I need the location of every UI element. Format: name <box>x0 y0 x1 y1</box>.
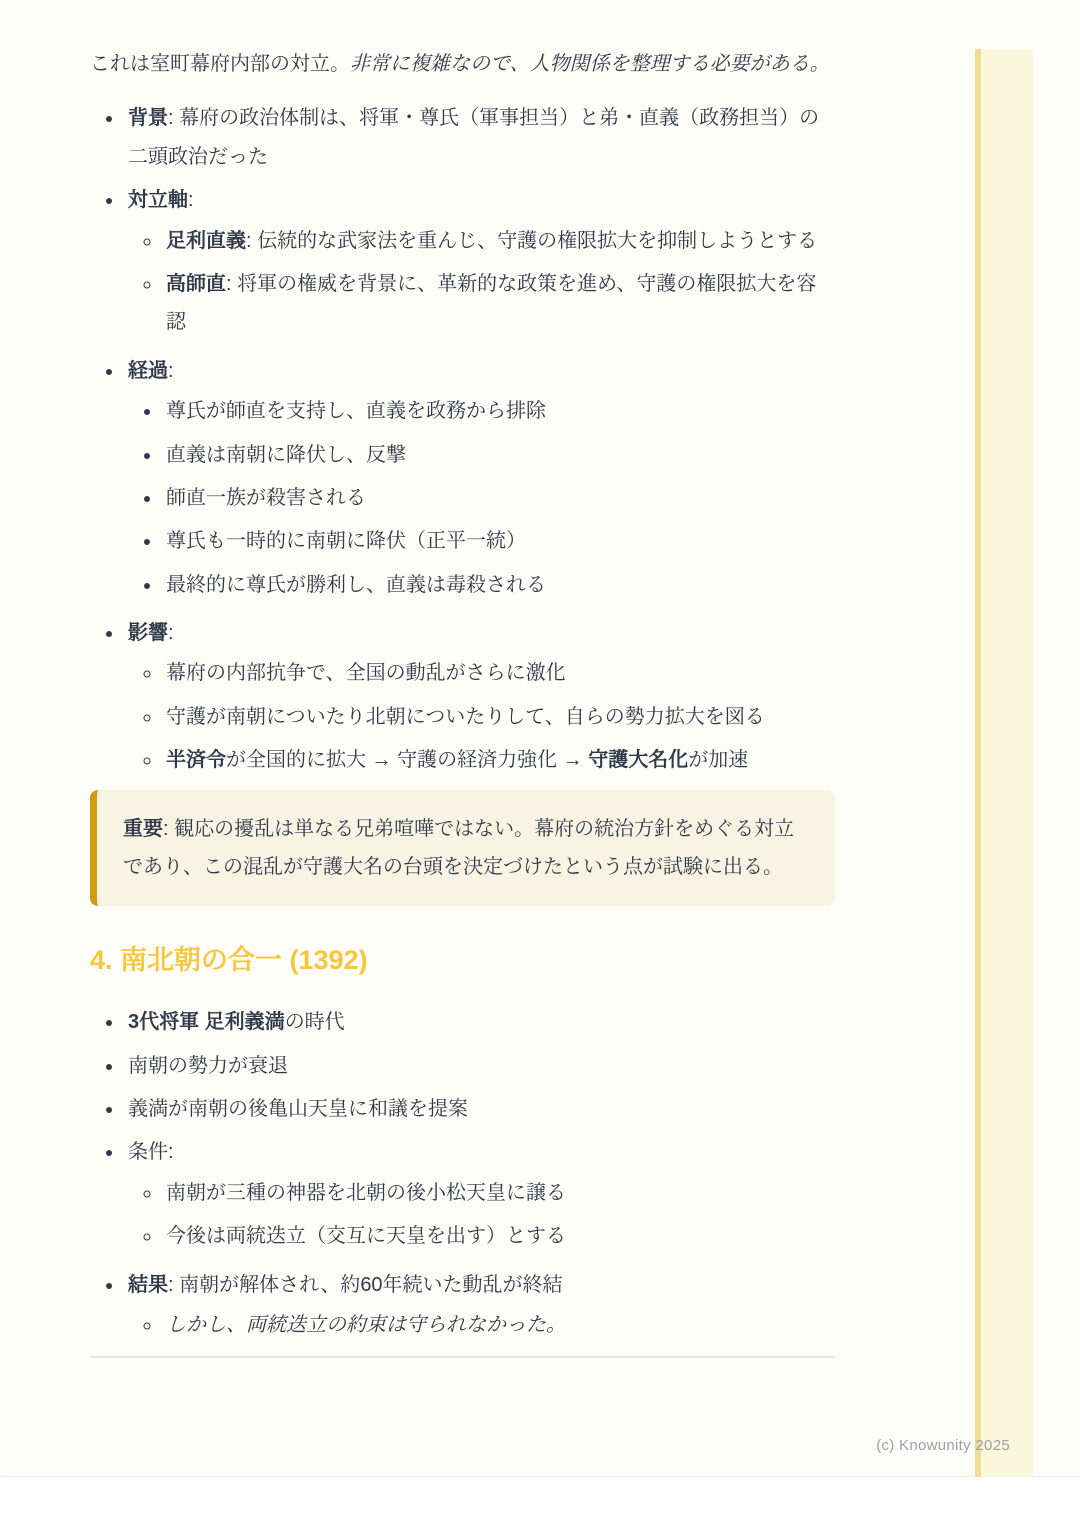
text-segment: : <box>168 360 174 382</box>
callout-text: 重要: 観応の擾乱は単なる兄弟喧嘩ではない。幕府の統治方針をめぐる対立であり、こ… <box>123 818 794 878</box>
text-segment: 南朝の勢力が衰退 <box>128 1055 288 1077</box>
list-item: 守護が南朝についたり北朝についたりして、自らの勢力拡大を図る <box>162 698 835 736</box>
list-item: 条件:南朝が三種の神器を北朝の後小松天皇に譲る今後は両統迭立（交互に天皇を出す）… <box>124 1133 835 1255</box>
text-segment: 守護が南朝についたり北朝についたりして、自らの勢力拡大を図る <box>166 706 765 728</box>
text-segment: : 観応の擾乱は単なる兄弟喧嘩ではない。幕府の統治方針をめぐる対立であり、この混… <box>123 818 794 878</box>
kanno-disturbance-list: 背景: 幕府の政治体制は、将軍・尊氏（軍事担当）と弟・直義（政務担当）の二頭政治… <box>90 99 835 779</box>
document-page: これは室町幕府内部の対立。非常に複雑なので、人物関係を整理する必要がある。 背景… <box>0 0 1080 1528</box>
important-callout: 重要: 観応の擾乱は単なる兄弟喧嘩ではない。幕府の統治方針をめぐる対立であり、こ… <box>90 790 835 907</box>
list-item: 高師直: 将軍の権威を背景に、革新的な政策を進め、守護の権限拡大を容認 <box>162 265 835 342</box>
text-segment: 南朝が三種の神器を北朝の後小松天皇に譲る <box>166 1182 566 1204</box>
list-item: 結果: 南朝が解体され、約60年続いた動乱が終結しかし、両統迭立の約束は守られな… <box>124 1266 835 1345</box>
footer-copyright: (c) Knowunity 2025 <box>876 1437 1010 1454</box>
list-item: 背景: 幕府の政治体制は、将軍・尊氏（軍事担当）と弟・直義（政務担当）の二頭政治… <box>124 99 835 176</box>
list-item: 南朝の勢力が衰退 <box>124 1047 835 1085</box>
list-item: 足利直義: 伝統的な武家法を重んじ、守護の権限拡大を抑制しようとする <box>162 222 835 260</box>
list-item: 師直一族が殺害される <box>162 479 835 517</box>
text-segment: 条件: <box>128 1141 174 1163</box>
text-segment: : 伝統的な武家法を重んじ、守護の権限拡大を抑制しようとする <box>246 230 817 252</box>
text-segment: の時代 <box>285 1011 345 1033</box>
text-segment: : 南朝が解体され、約60年続いた動乱が終結 <box>168 1274 563 1296</box>
text-segment: 3代将軍 足利義満 <box>128 1011 285 1033</box>
text-segment: : 将軍の権威を背景に、革新的な政策を進め、守護の権限拡大を容認 <box>166 273 816 333</box>
list-item: 今後は両統迭立（交互に天皇を出す）とする <box>162 1217 835 1255</box>
nested-list: 尊氏が師直を支持し、直義を政務から排除直義は南朝に降伏し、反撃師直一族が殺害され… <box>128 392 835 604</box>
list-item: 尊氏も一時的に南朝に降伏（正平一統） <box>162 522 835 560</box>
intro-paragraph: これは室町幕府内部の対立。非常に複雑なので、人物関係を整理する必要がある。 <box>90 45 835 83</box>
text-segment: : 幕府の政治体制は、将軍・尊氏（軍事担当）と弟・直義（政務担当）の二頭政治だっ… <box>128 107 819 167</box>
list-item: 影響:幕府の内部抗争で、全国の動乱がさらに激化守護が南朝についたり北朝についたり… <box>124 614 835 780</box>
text-segment: 幕府の内部抗争で、全国の動乱がさらに激化 <box>166 662 566 684</box>
list-item: 尊氏が師直を支持し、直義を政務から排除 <box>162 392 835 430</box>
list-item: 対立軸:足利直義: 伝統的な武家法を重んじ、守護の権限拡大を抑制しようとする高師… <box>124 181 835 342</box>
list-item: 直義は南朝に降伏し、反撃 <box>162 436 835 474</box>
nested-list: しかし、両統迭立の約束は守られなかった。 <box>128 1306 835 1344</box>
page-content: これは室町幕府内部の対立。非常に複雑なので、人物関係を整理する必要がある。 背景… <box>90 45 835 1358</box>
unification-list: 3代将軍 足利義満の時代南朝の勢力が衰退義満が南朝の後亀山天皇に和議を提案条件:… <box>90 1003 835 1344</box>
text-segment: 足利直義 <box>166 230 246 252</box>
text-segment: 高師直 <box>166 273 226 295</box>
nested-list: 足利直義: 伝統的な武家法を重んじ、守護の権限拡大を抑制しようとする高師直: 将… <box>128 222 835 342</box>
text-segment: が加速 <box>688 749 748 771</box>
text-segment: 半済令 <box>166 749 226 771</box>
text-segment: 経過 <box>128 360 168 382</box>
text-segment: 尊氏が師直を支持し、直義を政務から排除 <box>166 400 546 422</box>
text-segment: 師直一族が殺害される <box>166 487 366 509</box>
text-segment: 今後は両統迭立（交互に天皇を出す）とする <box>166 1225 566 1247</box>
text-segment: 影響 <box>128 622 168 644</box>
section-heading: 4. 南北朝の合一 (1392) <box>90 944 835 978</box>
list-item: 義満が南朝の後亀山天皇に和議を提案 <box>124 1090 835 1128</box>
list-item: 南朝が三種の神器を北朝の後小松天皇に譲る <box>162 1174 835 1212</box>
nested-list: 南朝が三種の神器を北朝の後小松天皇に譲る今後は両統迭立（交互に天皇を出す）とする <box>128 1174 835 1256</box>
list-item: 最終的に尊氏が勝利し、直義は毒殺される <box>162 566 835 604</box>
text-segment: 非常に複雑なので、人物関係を整理する必要がある。 <box>350 53 830 75</box>
text-segment: 対立軸 <box>128 189 188 211</box>
text-segment: 背景 <box>128 107 168 129</box>
text-segment: が全国的に拡大 → 守護の経済力強化 → <box>226 749 588 771</box>
text-segment: 最終的に尊氏が勝利し、直義は毒殺される <box>166 574 546 596</box>
text-segment: 守護大名化 <box>588 749 688 771</box>
text-segment: しかし、両統迭立の約束は守られなかった。 <box>166 1314 566 1336</box>
list-item: 幕府の内部抗争で、全国の動乱がさらに激化 <box>162 654 835 692</box>
text-segment: 重要 <box>123 818 163 840</box>
list-item: 半済令が全国的に拡大 → 守護の経済力強化 → 守護大名化が加速 <box>162 741 835 779</box>
text-segment: 尊氏も一時的に南朝に降伏（正平一統） <box>166 530 526 552</box>
text-segment: これは室町幕府内部の対立。 <box>90 53 350 75</box>
page-edge-stripe <box>975 49 1033 1477</box>
nested-list: 幕府の内部抗争で、全国の動乱がさらに激化守護が南朝についたり北朝についたりして、… <box>128 654 835 779</box>
list-item: 経過:尊氏が師直を支持し、直義を政務から排除直義は南朝に降伏し、反撃師直一族が殺… <box>124 352 835 604</box>
text-segment: : <box>168 622 174 644</box>
list-item: しかし、両統迭立の約束は守られなかった。 <box>162 1306 835 1344</box>
text-segment: 結果 <box>128 1274 168 1296</box>
text-segment: : <box>188 189 194 211</box>
text-segment: 義満が南朝の後亀山天皇に和議を提案 <box>128 1098 468 1120</box>
text-segment: 直義は南朝に降伏し、反撃 <box>166 444 406 466</box>
list-item: 3代将軍 足利義満の時代 <box>124 1003 835 1041</box>
divider <box>90 1356 835 1358</box>
